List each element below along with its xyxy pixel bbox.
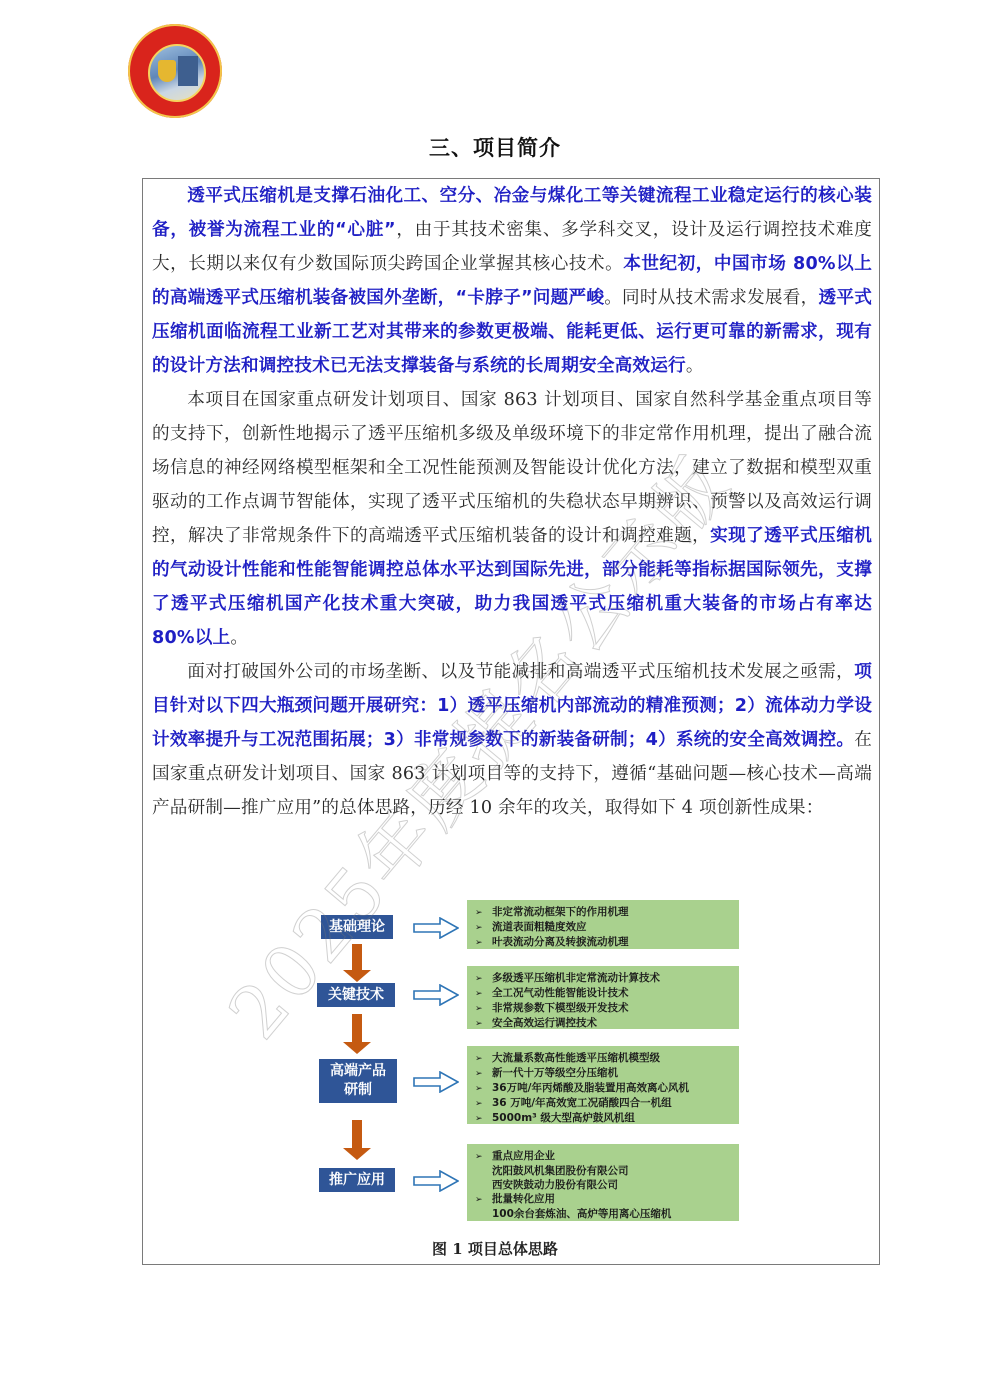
stage-promotion-application: 推广应用 (319, 1168, 395, 1192)
arrow-bullet-icon: ➢ (475, 1082, 492, 1096)
paragraph-achievements: 本项目在国家重点研发计划项目、国家 863 计划项目、国家自然科学基金重点项目等… (152, 383, 872, 655)
stage-details-promotion-application: ➢重点应用企业 沈阳鼓风机集团股份有限公司 西安陕鼓动力股份有限公司 ➢批量转化… (467, 1144, 739, 1221)
stage-label-line: 研制 (344, 1081, 372, 1100)
project-roadmap-diagram: 基础理论 ➢非定常流动框架下的作用机理 ➢流道表面粗糙度效应 ➢叶表流动分离及转… (315, 898, 745, 1228)
down-arrow-icon (343, 1014, 371, 1054)
project-summary-body: 透平式压缩机是支撑石油化工、空分、冶金与煤化工等关键流程工业稳定运行的核心装备，… (152, 178, 872, 825)
arrow-bullet-icon: ➢ (475, 972, 492, 986)
list-item: ➢新一代十万等级空分压缩机 (475, 1066, 731, 1081)
paragraph-research-focus: 面对打破国外公司的市场垄断、以及节能减排和高端透平式压缩机技术发展之亟需，项目针… (152, 655, 872, 825)
list-item: 沈阳鼓风机集团股份有限公司 (475, 1164, 731, 1178)
body-text: 。 (230, 628, 248, 648)
list-item: ➢非定常流动框架下的作用机理 (475, 905, 731, 920)
stage-label: 关键技术 (328, 986, 384, 1005)
stage-key-technology: 关键技术 (317, 983, 395, 1007)
list-item: ➢36万吨/年丙烯酸及脂装置用高效离心风机 (475, 1081, 731, 1096)
arrow-bullet-icon: ➢ (475, 1112, 492, 1126)
arrow-bullet-icon: ➢ (475, 1017, 492, 1031)
body-text: 面对打破国外公司的市场垄断、以及节能减排和高端透平式压缩机技术发展之亟需， (187, 662, 854, 682)
body-text: 。同时从技术需求发展看， (604, 288, 818, 308)
right-arrow-icon (413, 917, 459, 939)
trophy-icon (158, 60, 176, 82)
stage-basic-theory: 基础理论 (321, 915, 393, 939)
arrow-bullet-icon: ➢ (475, 987, 492, 1001)
list-item: ➢非常规参数下模型级开发技术 (475, 1001, 731, 1016)
arrow-bullet-icon: ➢ (475, 921, 492, 935)
list-item: ➢大流量系数高性能透平压缩机模型级 (475, 1051, 731, 1066)
list-item: ➢5000m³ 级大型高炉鼓风机组 (475, 1111, 731, 1126)
stage-details-basic-theory: ➢非定常流动框架下的作用机理 ➢流道表面粗糙度效应 ➢叶表流动分离及转捩流动机理 (467, 900, 739, 949)
arrow-bullet-icon: ➢ (475, 1150, 492, 1164)
organization-emblem-logo (128, 24, 222, 118)
emblem-center-image (148, 44, 206, 102)
right-arrow-icon (413, 1170, 459, 1192)
list-item: ➢多级透平压缩机非定常流动计算技术 (475, 971, 731, 986)
list-item: ➢叶表流动分离及转捩流动机理 (475, 935, 731, 950)
list-item: 100余台套炼油、高炉等用离心压缩机 (475, 1207, 731, 1221)
arrow-bullet-icon: ➢ (475, 1052, 492, 1066)
down-arrow-icon (343, 944, 371, 982)
arrow-bullet-icon: ➢ (475, 906, 492, 920)
stage-high-end-product: 高端产品 研制 (319, 1059, 397, 1103)
arrow-bullet-icon: ➢ (475, 936, 492, 950)
list-item: ➢36 万吨/年高效宽工况硝酸四合一机组 (475, 1096, 731, 1111)
stage-label-line: 高端产品 (330, 1062, 386, 1081)
arrow-bullet-icon: ➢ (475, 1193, 492, 1207)
arrow-bullet-icon: ➢ (475, 1097, 492, 1111)
list-item: ➢重点应用企业 (475, 1149, 731, 1164)
right-arrow-icon (413, 1071, 459, 1093)
figure-caption: 图 1 项目总体思路 (0, 1238, 990, 1259)
body-text: 本项目在国家重点研发计划项目、国家 863 计划项目、国家自然科学基金重点项目等… (152, 390, 872, 546)
list-item: ➢流道表面粗糙度效应 (475, 920, 731, 935)
section-title: 三、项目简介 (0, 132, 990, 162)
down-arrow-icon (343, 1120, 371, 1160)
list-item: 西安陕鼓动力股份有限公司 (475, 1178, 731, 1192)
building-icon (178, 56, 198, 86)
arrow-bullet-icon: ➢ (475, 1002, 492, 1016)
list-item: ➢全工况气动性能智能设计技术 (475, 986, 731, 1001)
body-text: 。 (686, 356, 704, 376)
arrow-bullet-icon: ➢ (475, 1067, 492, 1081)
list-item: ➢安全高效运行调控技术 (475, 1016, 731, 1031)
stage-label: 推广应用 (329, 1171, 385, 1190)
list-item: ➢批量转化应用 (475, 1192, 731, 1207)
paragraph-background: 透平式压缩机是支撑石油化工、空分、冶金与煤化工等关键流程工业稳定运行的核心装备，… (152, 178, 872, 383)
stage-label: 基础理论 (329, 918, 385, 937)
right-arrow-icon (413, 984, 459, 1006)
stage-details-high-end-product: ➢大流量系数高性能透平压缩机模型级 ➢新一代十万等级空分压缩机 ➢36万吨/年丙… (467, 1046, 739, 1124)
stage-details-key-technology: ➢多级透平压缩机非定常流动计算技术 ➢全工况气动性能智能设计技术 ➢非常规参数下… (467, 966, 739, 1029)
